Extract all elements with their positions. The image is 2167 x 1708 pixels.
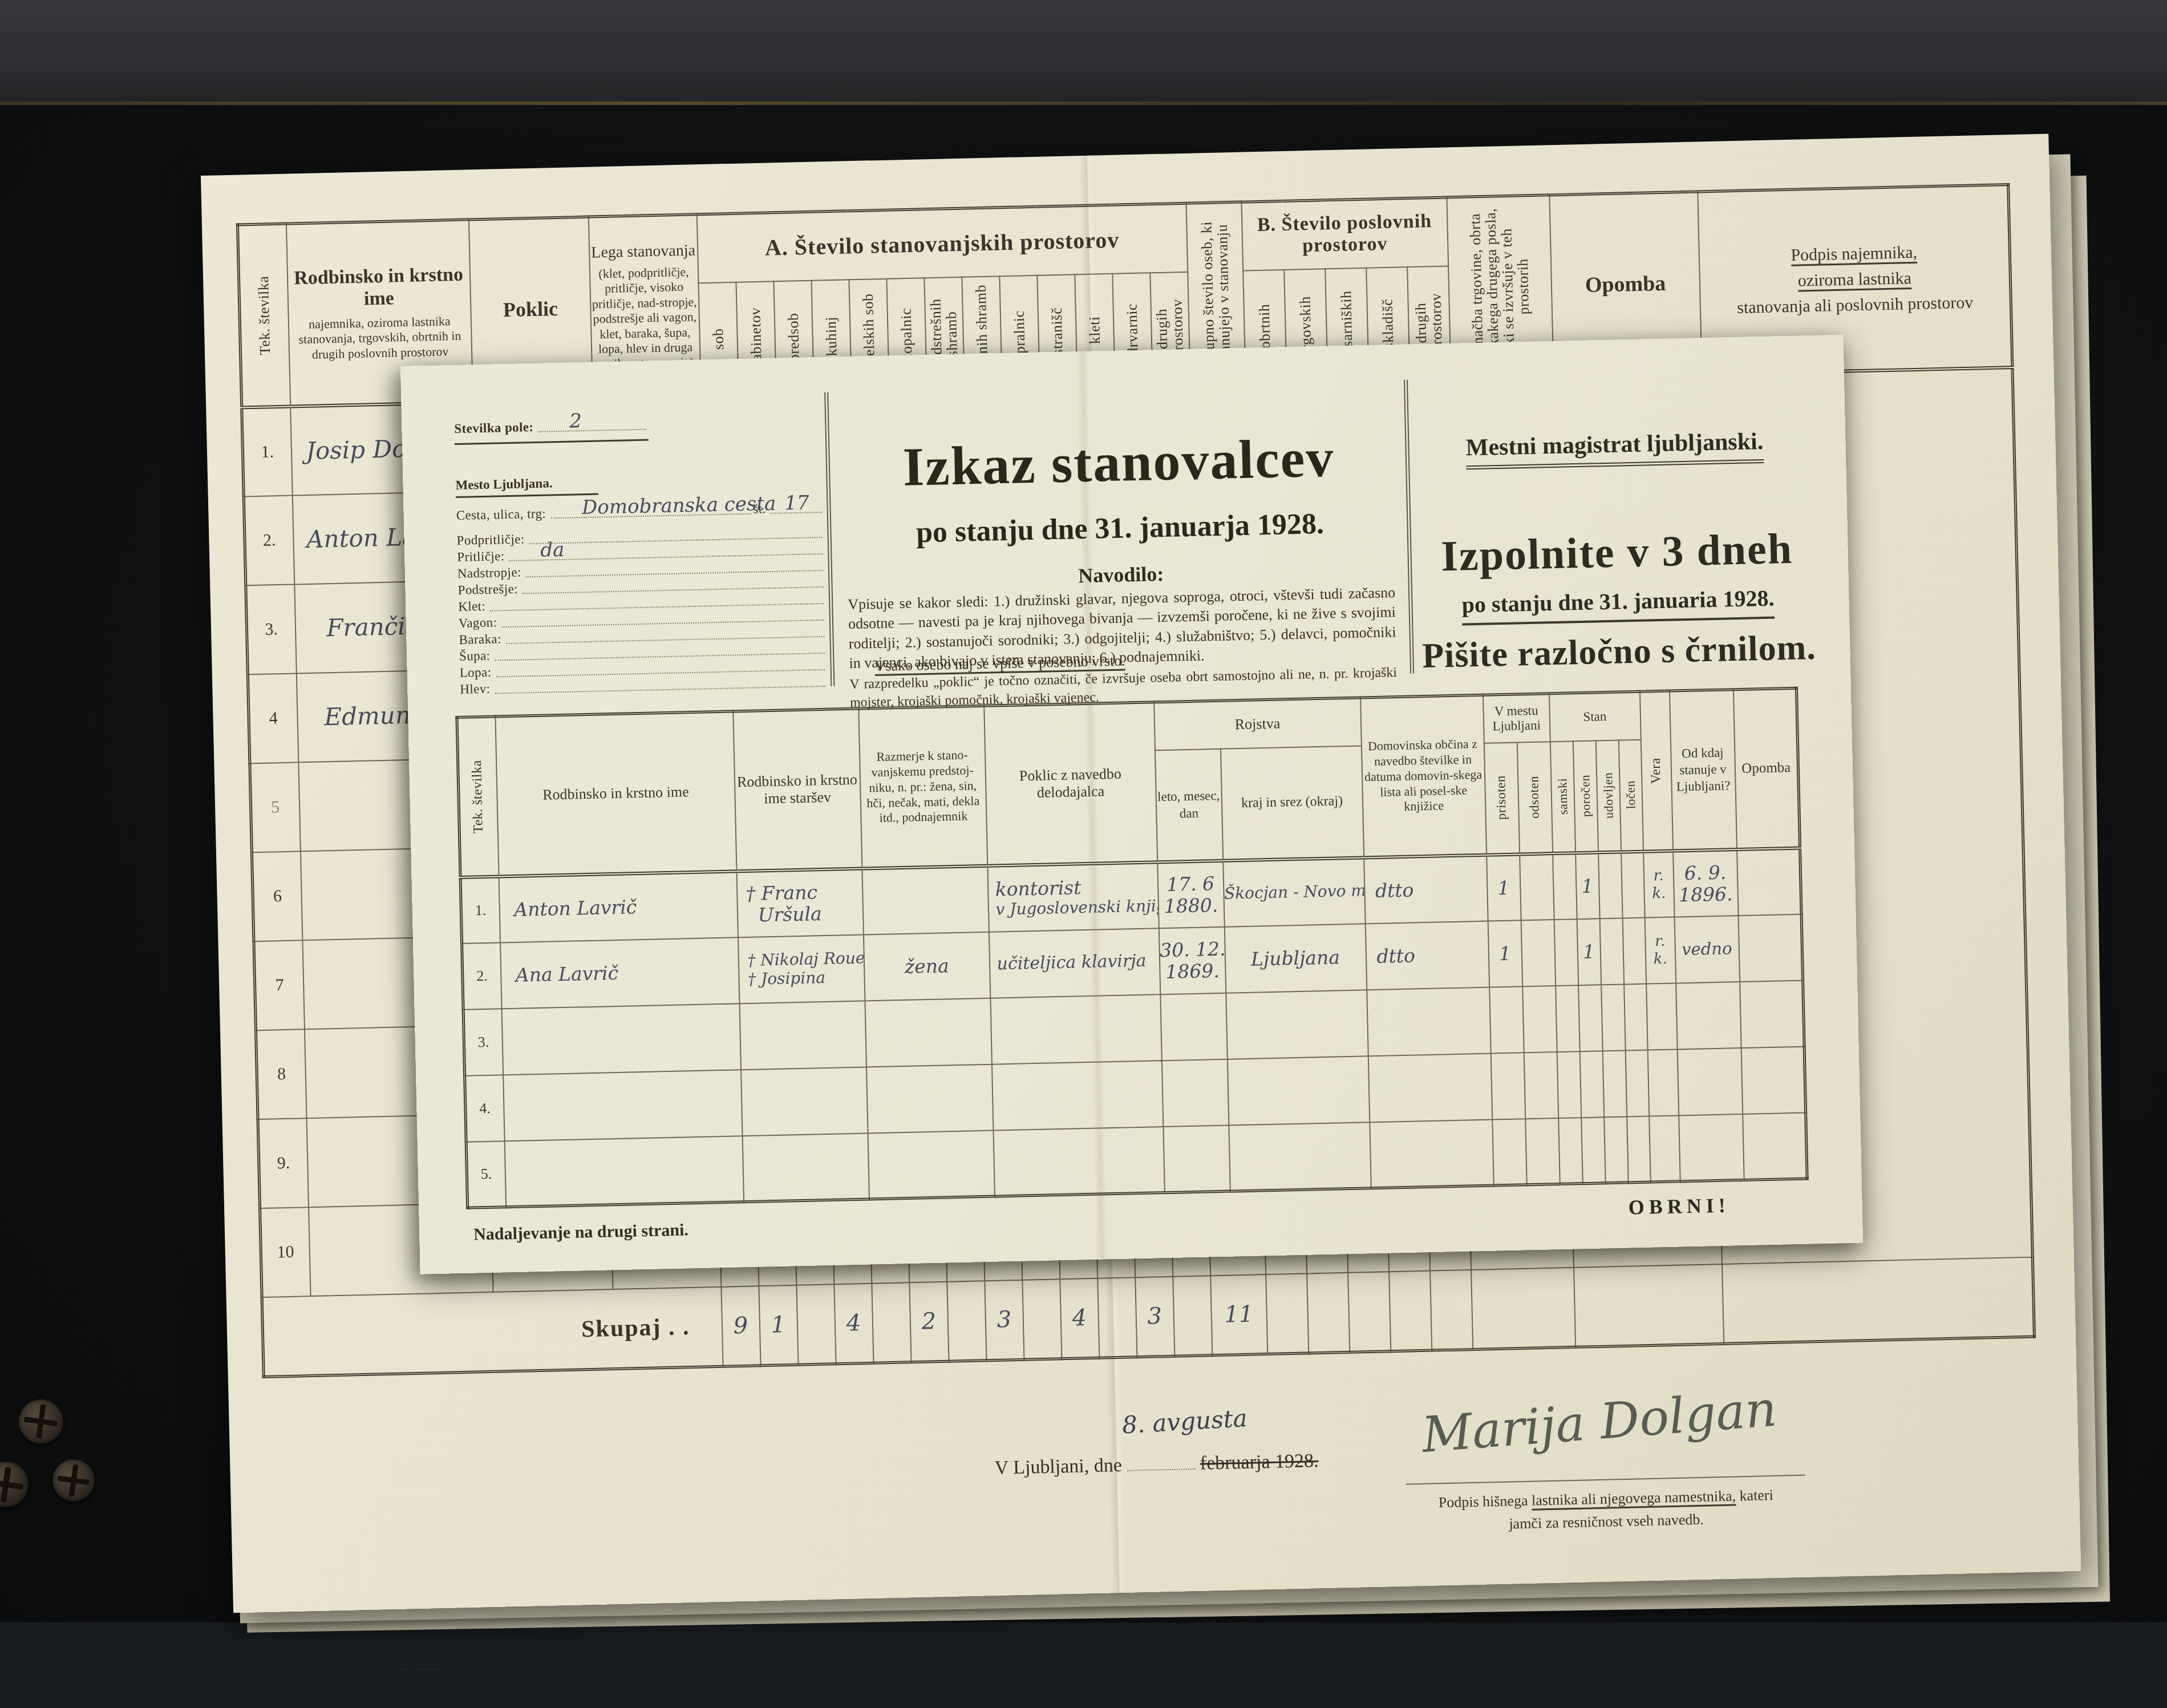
signature-line (1406, 1475, 1805, 1485)
background-bottom-band (0, 1622, 2167, 1708)
magistrat-heading: Mestni magistrat ljubljanski. (1429, 427, 1800, 463)
handwritten-name: Ana Lavrič (515, 961, 618, 986)
col-odkdaj: Od kdaj stanuje v Ljubljani? (1669, 690, 1736, 851)
field-mesto: Mesto Ljubljana. (455, 475, 598, 497)
col-domovinska: Domovinska občina z navedbo številke in … (1360, 695, 1486, 857)
col-stan: Stan (1549, 691, 1641, 741)
divider (1404, 379, 1414, 673)
col-leto-mesec-dan: leto, mesec, dan (1155, 748, 1222, 861)
col-tek: Tek. številka (457, 717, 499, 877)
col-rojstva: Rojstva (1154, 698, 1362, 750)
handwritten-date: 8. avgusta (1121, 1404, 1248, 1439)
col-porocen: poročen (1573, 740, 1598, 853)
struck-date: februarja 1928. (1200, 1450, 1318, 1474)
residents-table: Tek. številka Rodbinsko in krstno ime Ro… (455, 687, 1808, 1209)
col-relation: Razmerje k stano-vanjskemu predstoj-niku… (858, 706, 987, 868)
handwritten-name: Anton Lavrič (514, 896, 637, 921)
col-v-mestu: V mestu Ljubljani (1483, 694, 1550, 743)
skupaj-total: 11 (1224, 1301, 1254, 1327)
pisite-heading: Pišite razločno s črnilom. (1416, 628, 1822, 677)
obrni-note: OBRNI! (1628, 1193, 1730, 1220)
handwritten-value: Domobranska cesta (582, 492, 776, 519)
front-document-sheet: Stevilka pole: 2 Mesto Ljubljana. Cesta,… (400, 335, 1863, 1274)
screw-icon (52, 1459, 95, 1501)
document-title: Izkaz stanovalcev (841, 424, 1396, 500)
col-prisoten: prisoten (1484, 742, 1519, 855)
field-stevilka-pole: Stevilka pole: 2 (454, 412, 823, 445)
col-tek-stevilka: Tek. številka (237, 224, 290, 407)
document-subtitle: po stanju dne 31. januarja 1928. (843, 505, 1397, 551)
col-vera: Vera (1640, 691, 1673, 851)
place-date-line: V Ljubljani, dne februarja 1928. (994, 1450, 1319, 1479)
section-a-title: A. Število stanovanjskih prostorov (696, 203, 1188, 282)
col-name: Rodbinsko in krstno ime (495, 711, 736, 876)
col-kraj-srez: kraj in srez (okraj) (1220, 746, 1363, 860)
col-parents: Rodbinsko in krstno ime staršev (733, 709, 862, 871)
skupaj-label: Skupaj . . (262, 1286, 723, 1377)
background-top-band (0, 0, 2167, 102)
izpolnite-heading: Izpolnite v 3 dneh (1425, 524, 1809, 582)
owner-signature: Marija Dolgan (1420, 1381, 1779, 1464)
po-stanju-heading: po stanju dne 31. januaria 1928. (1432, 584, 1804, 618)
field-cesta: Cesta, ulica, trg: Domobranska cesta št.… (456, 499, 824, 523)
col-samski: samski (1550, 741, 1575, 853)
col-odsoten: odsoten (1517, 742, 1552, 854)
screw-icon (19, 1399, 63, 1444)
col-udovljen: udovljen (1595, 740, 1621, 852)
continuation-note: Nadaljevanje na drugi strani. (473, 1220, 688, 1244)
col-locen: ločen (1618, 739, 1643, 852)
handwritten-value: 17 (784, 491, 809, 515)
handwritten-value: 2 (569, 410, 582, 432)
signature-note: Podpis hišnega lastnika ali njegovega na… (1378, 1486, 1834, 1536)
handwritten-value: da (540, 539, 565, 562)
col-occupation: Poklic z navedbo delodajalca (984, 702, 1157, 865)
section-b-title: B. Število poslovnih prostorov (1241, 197, 1448, 270)
field-list: Podpritličje: Pritličje:da Nadstropje: P… (456, 524, 828, 697)
col-opomba: Opomba (1733, 688, 1800, 849)
